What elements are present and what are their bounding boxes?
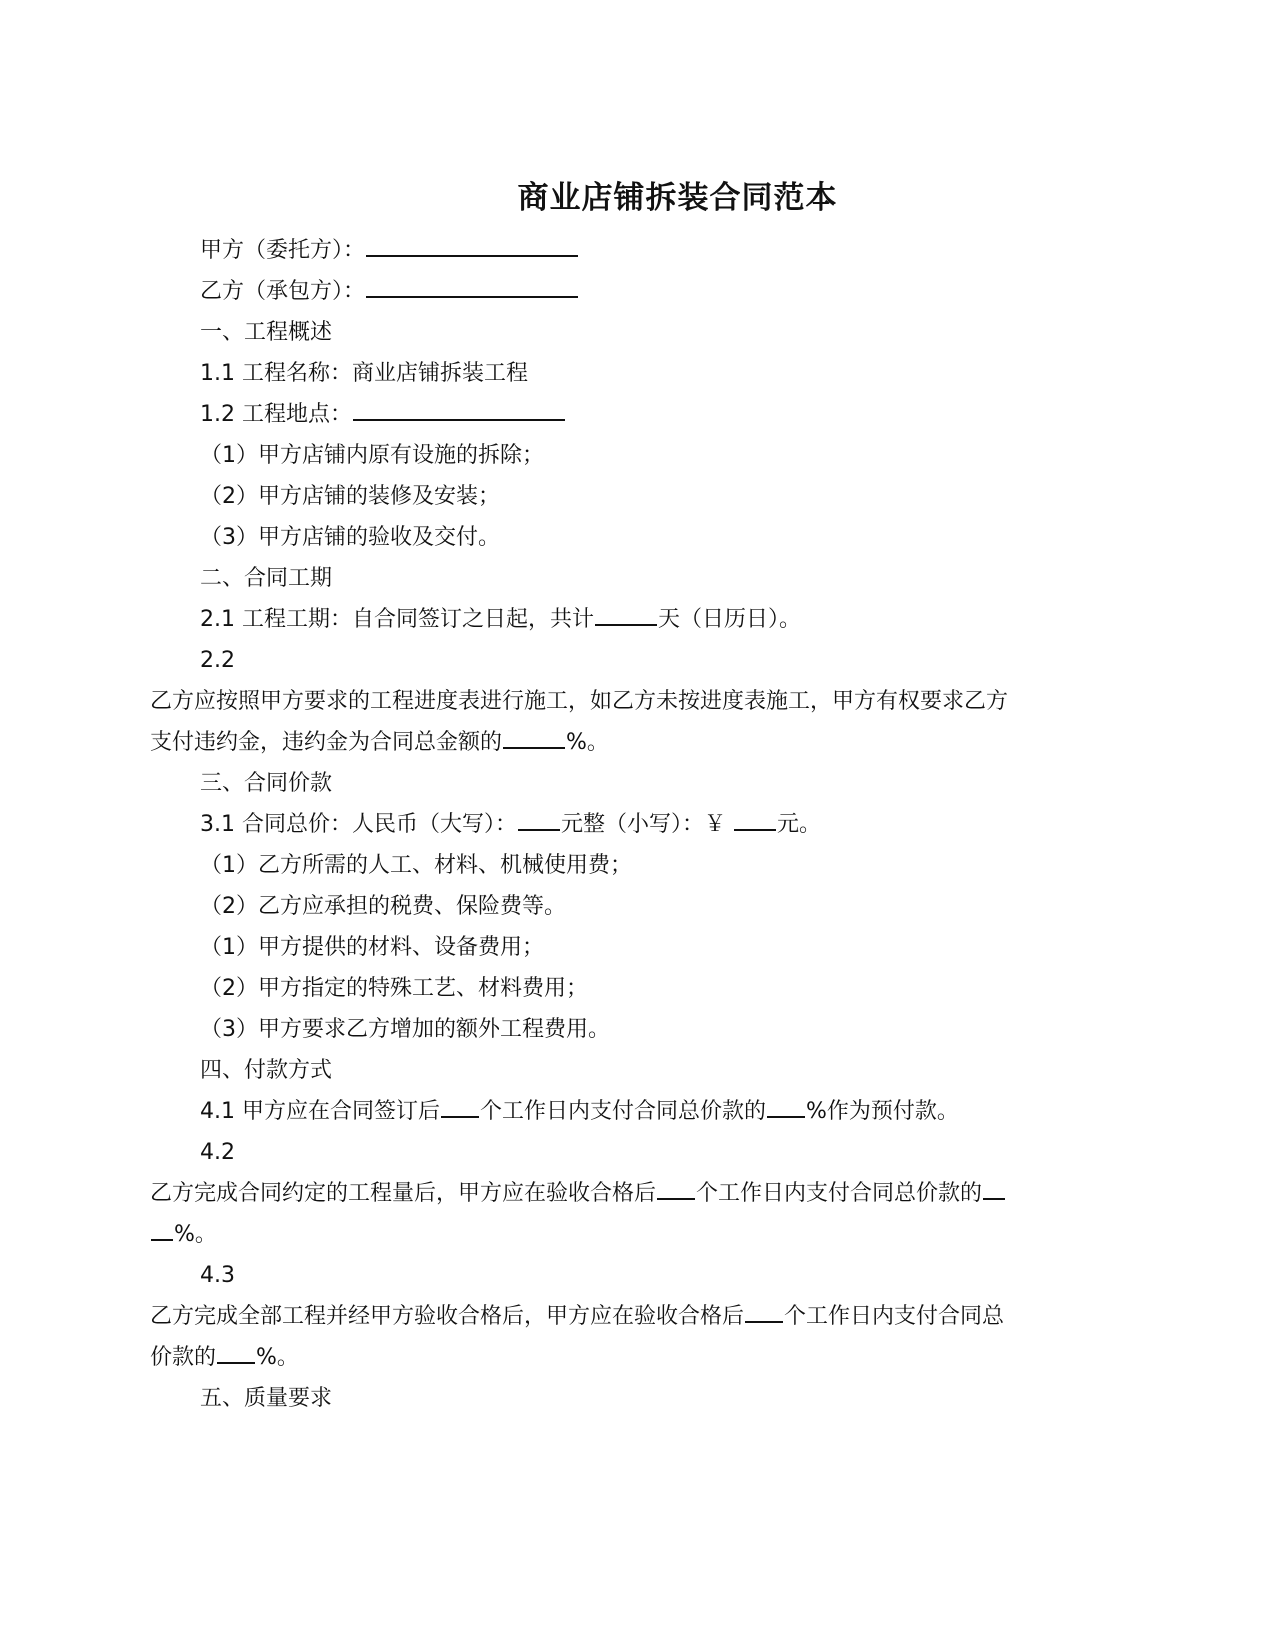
document-body: 甲方（委托方）： 乙方（承包方）： 一、工程概述 1.1 工程名称：商业店铺拆装… <box>150 230 1125 1419</box>
document-title: 商业店铺拆装合同范本 <box>0 176 1275 220</box>
price-item-2: （2）乙方应承担的税费、保险费等。 <box>150 886 1125 927</box>
project-location-blank[interactable] <box>353 397 565 421</box>
clause-2-2-line-2: 支付违约金，违约金为合同总金额的%。 <box>150 722 1125 763</box>
penalty-text-post: %。 <box>566 730 609 755</box>
clause-4-3-post: 个工作日内支付合同总 <box>784 1304 1004 1329</box>
final-days-blank[interactable] <box>745 1299 783 1323</box>
clause-4-3-pre: 乙方完成全部工程并经甲方验收合格后，甲方应在验收合格后 <box>150 1304 744 1329</box>
clause-4-3-line-1: 乙方完成全部工程并经甲方验收合格后，甲方应在验收合格后个工作日内支付合同总 <box>150 1296 1125 1337</box>
duration-line: 2.1 工程工期：自合同签订之日起，共计天（日历日）。 <box>150 599 1125 640</box>
clause-2-2-number: 2.2 <box>150 640 1125 681</box>
clause-4-1-post: %作为预付款。 <box>806 1099 959 1124</box>
duration-text-pre: 2.1 工程工期：自合同签订之日起，共计 <box>200 607 594 632</box>
penalty-text-pre: 支付违约金，违约金为合同总金额的 <box>150 730 502 755</box>
project-name-line: 1.1 工程名称：商业店铺拆装工程 <box>150 353 1125 394</box>
clause-4-3-number: 4.3 <box>150 1255 1125 1296</box>
price-item-1: （1）乙方所需的人工、材料、机械使用费； <box>150 845 1125 886</box>
total-price-pre: 3.1 合同总价：人民币（大写）： <box>200 812 517 837</box>
clause-4-3-line2-post: %。 <box>256 1345 299 1370</box>
total-price-line: 3.1 合同总价：人民币（大写）：元整（小写）：￥ 元。 <box>150 804 1125 845</box>
clause-4-2-line-2: %。 <box>150 1214 1125 1255</box>
penalty-percent-blank[interactable] <box>503 725 565 749</box>
price-item-3: （1）甲方提供的材料、设备费用； <box>150 927 1125 968</box>
clause-4-2-pre: 乙方完成合同约定的工程量后，甲方应在验收合格后 <box>150 1181 656 1206</box>
final-percent-blank[interactable] <box>217 1340 255 1364</box>
project-location-label: 1.2 工程地点： <box>200 402 352 427</box>
section-1-heading: 一、工程概述 <box>150 312 1125 353</box>
duration-days-blank[interactable] <box>595 602 657 626</box>
price-item-5: （3）甲方要求乙方增加的额外工程费用。 <box>150 1009 1125 1050</box>
total-price-post: 元。 <box>777 812 821 837</box>
progress-percent-blank-part1[interactable] <box>983 1176 1005 1200</box>
section-3-heading: 三、合同价款 <box>150 763 1125 804</box>
price-item-4: （2）甲方指定的特殊工艺、材料费用； <box>150 968 1125 1009</box>
scope-item-3: （3）甲方店铺的验收及交付。 <box>150 517 1125 558</box>
clause-4-1-line: 4.1 甲方应在合同签订后个工作日内支付合同总价款的%作为预付款。 <box>150 1091 1125 1132</box>
total-price-mid: 元整（小写）：￥ <box>561 812 726 837</box>
price-uppercase-blank[interactable] <box>518 807 560 831</box>
party-b-line: 乙方（承包方）： <box>150 271 1125 312</box>
clause-4-1-mid: 个工作日内支付合同总价款的 <box>480 1099 766 1124</box>
price-number-blank[interactable] <box>734 807 776 831</box>
party-a-blank[interactable] <box>366 233 578 257</box>
party-b-blank[interactable] <box>366 274 578 298</box>
duration-text-post: 天（日历日）。 <box>658 607 801 632</box>
clause-4-2-post: %。 <box>174 1222 217 1247</box>
clause-4-3-line-2: 价款的%。 <box>150 1337 1125 1378</box>
clause-4-2-mid: 个工作日内支付合同总价款的 <box>696 1181 982 1206</box>
clause-4-2-line-1: 乙方完成合同约定的工程量后，甲方应在验收合格后个工作日内支付合同总价款的 <box>150 1173 1125 1214</box>
clause-4-3-line2-pre: 价款的 <box>150 1345 216 1370</box>
section-2-heading: 二、合同工期 <box>150 558 1125 599</box>
party-a-label: 甲方（委托方）： <box>200 238 365 263</box>
prepay-percent-blank[interactable] <box>767 1094 805 1118</box>
scope-item-2: （2）甲方店铺的装修及安装； <box>150 476 1125 517</box>
progress-percent-blank-part2[interactable] <box>151 1217 173 1241</box>
party-b-label: 乙方（承包方）： <box>200 279 365 304</box>
progress-days-blank[interactable] <box>657 1176 695 1200</box>
party-a-line: 甲方（委托方）： <box>150 230 1125 271</box>
section-5-heading: 五、质量要求 <box>150 1378 1125 1419</box>
clause-4-1-pre: 4.1 甲方应在合同签订后 <box>200 1099 440 1124</box>
project-location-line: 1.2 工程地点： <box>150 394 1125 435</box>
scope-item-1: （1）甲方店铺内原有设施的拆除； <box>150 435 1125 476</box>
clause-2-2-line-1: 乙方应按照甲方要求的工程进度表进行施工，如乙方未按进度表施工，甲方有权要求乙方 <box>150 681 1125 722</box>
section-4-heading: 四、付款方式 <box>150 1050 1125 1091</box>
clause-4-2-number: 4.2 <box>150 1132 1125 1173</box>
document-page: 商业店铺拆装合同范本 甲方（委托方）： 乙方（承包方）： 一、工程概述 1.1 … <box>0 0 1275 1650</box>
prepay-days-blank[interactable] <box>441 1094 479 1118</box>
